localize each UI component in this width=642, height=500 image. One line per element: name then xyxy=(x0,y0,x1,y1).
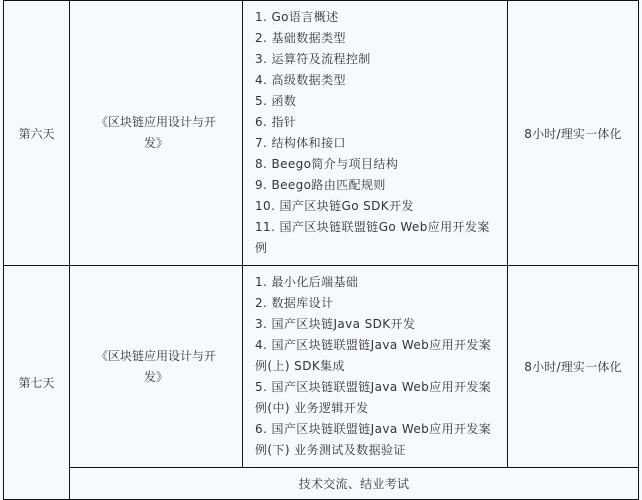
topic-item: 2. 基础数据类型 xyxy=(255,28,501,49)
day-label: 第七天 xyxy=(18,374,54,391)
table-row-final: 技术交流、结业考试 xyxy=(4,468,639,500)
topic-item: 4. 国产区块链联盟链Java Web应用开发案例(上) SDK集成 xyxy=(255,335,501,377)
topic-item: 9. Beego路由匹配规则 xyxy=(255,175,501,196)
course-name: 《区块链应用设计与开发》 xyxy=(70,112,242,154)
topic-item: 3. 运算符及流程控制 xyxy=(255,49,501,70)
hours-cell: 8小时/理实一体化 xyxy=(508,1,639,266)
day-cell: 第七天 xyxy=(4,266,70,500)
course-cell: 《区块链应用设计与开发》 xyxy=(70,266,243,468)
topic-item: 8. Beego简介与项目结构 xyxy=(255,154,501,175)
topic-item: 4. 高级数据类型 xyxy=(255,70,501,91)
hours-cell: 8小时/理实一体化 xyxy=(508,266,639,468)
course-cell: 《区块链应用设计与开发》 xyxy=(70,1,243,266)
topic-item: 6. 指针 xyxy=(255,112,501,133)
topic-list: 1. 最小化后端基础 2. 数据库设计 3. 国产区块链Java SDK开发 4… xyxy=(243,266,507,467)
topic-item: 2. 数据库设计 xyxy=(255,293,501,314)
training-schedule-table: 第六天 《区块链应用设计与开发》 1. Go语言概述 2. 基础数据类型 3. … xyxy=(3,0,639,499)
topic-item: 10. 国产区块链Go SDK开发 xyxy=(255,196,501,217)
topics-cell: 1. Go语言概述 2. 基础数据类型 3. 运算符及流程控制 4. 高级数据类… xyxy=(243,1,508,266)
day-label: 第六天 xyxy=(18,125,54,142)
topics-cell: 1. 最小化后端基础 2. 数据库设计 3. 国产区块链Java SDK开发 4… xyxy=(243,266,508,468)
table-row-day6: 第六天 《区块链应用设计与开发》 1. Go语言概述 2. 基础数据类型 3. … xyxy=(4,1,639,266)
hours-label: 8小时/理实一体化 xyxy=(524,358,621,375)
topic-list: 1. Go语言概述 2. 基础数据类型 3. 运算符及流程控制 4. 高级数据类… xyxy=(243,1,507,265)
course-name: 《区块链应用设计与开发》 xyxy=(70,346,242,388)
table-row-day7: 第七天 《区块链应用设计与开发》 1. 最小化后端基础 2. 数据库设计 3. … xyxy=(4,266,639,468)
topic-item: 1. Go语言概述 xyxy=(255,7,501,28)
topic-item: 3. 国产区块链Java SDK开发 xyxy=(255,314,501,335)
topic-item: 1. 最小化后端基础 xyxy=(255,272,501,293)
topic-item: 5. 函数 xyxy=(255,91,501,112)
day-cell: 第六天 xyxy=(4,1,70,266)
hours-label: 8小时/理实一体化 xyxy=(524,125,621,142)
topic-item: 5. 国产区块链联盟链Java Web应用开发案例(中) 业务逻辑开发 xyxy=(255,377,501,419)
topic-item: 7. 结构体和接口 xyxy=(255,133,501,154)
topic-item: 11. 国产区块链联盟链Go Web应用开发案例 xyxy=(255,217,501,259)
topic-item: 6. 国产区块链联盟链Java Web应用开发案例(下) 业务测试及数据验证 xyxy=(255,419,501,461)
final-exam-cell: 技术交流、结业考试 xyxy=(70,468,639,500)
